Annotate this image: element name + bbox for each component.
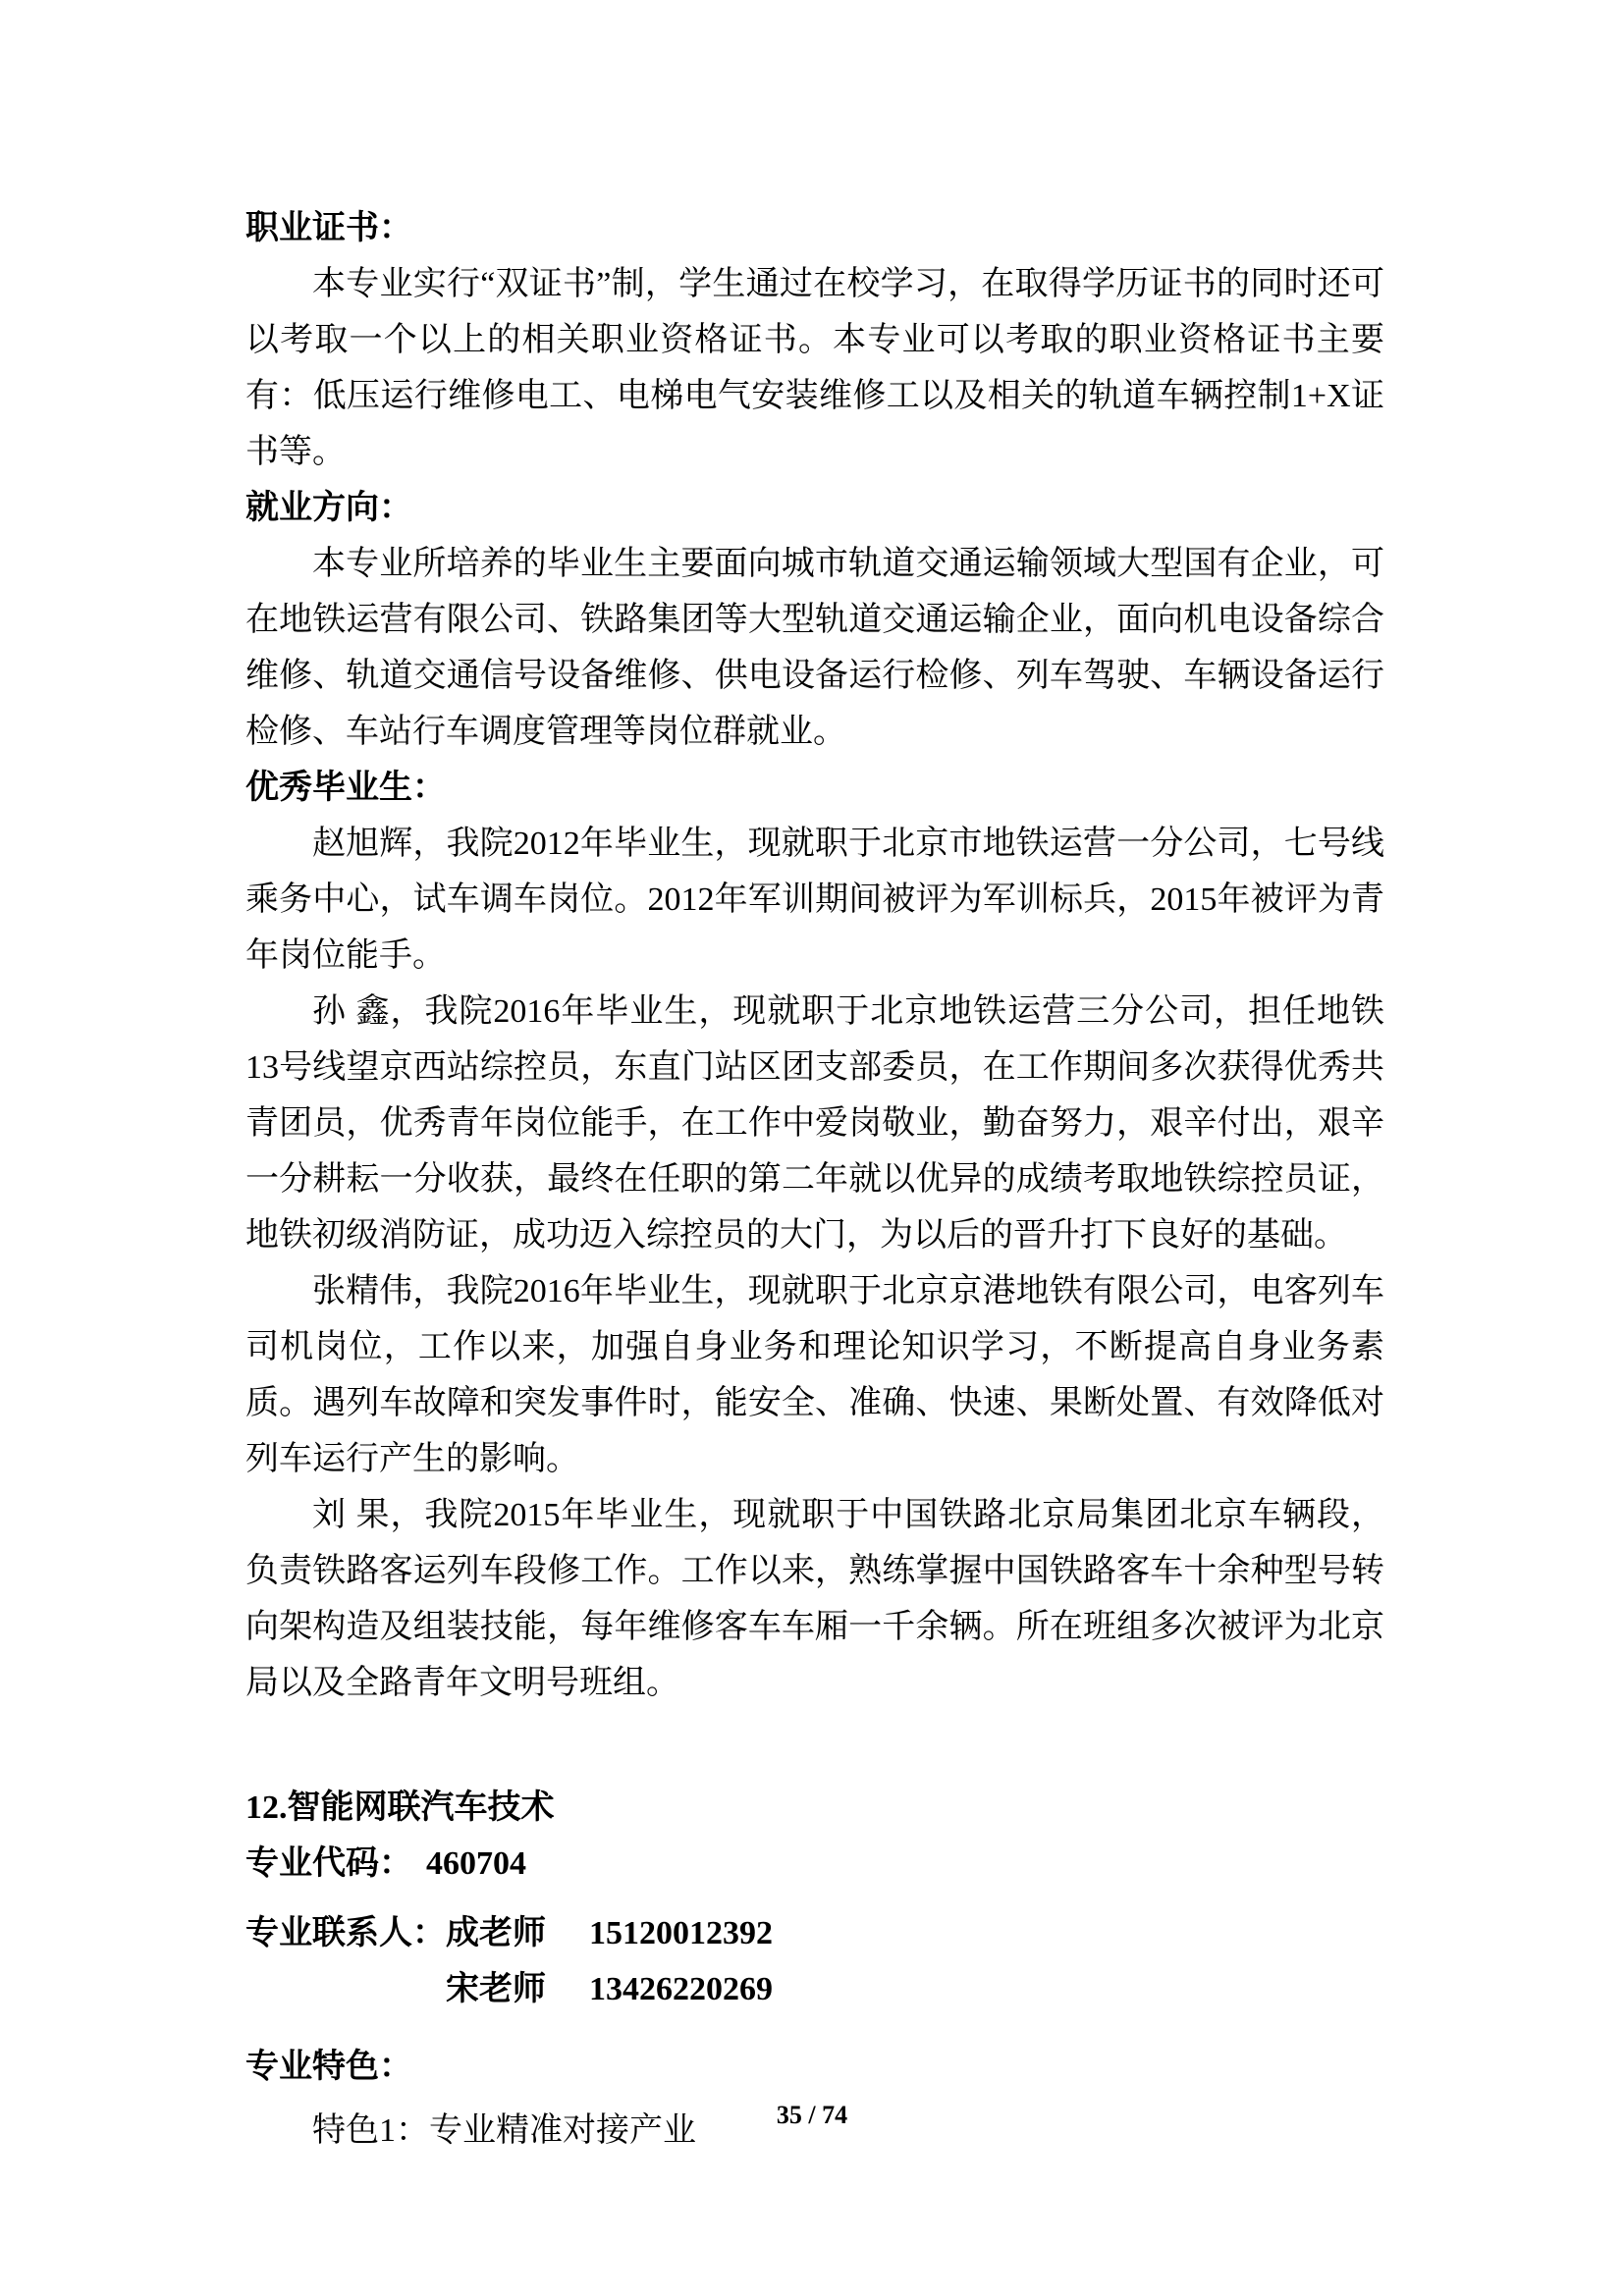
contact-name-2: 宋老师 <box>446 1961 589 2017</box>
major-code-value: 460704 <box>426 1845 526 1882</box>
section-heading-employment: 就业方向： <box>245 480 1384 536</box>
major-code-label: 专业代码： <box>245 1844 412 1882</box>
contact-name-1: 成老师 <box>446 1905 589 1961</box>
contact-line-2: 宋老师13426220269 <box>245 1961 1384 2017</box>
paragraph-graduate-zhaoxuhui: 赵旭辉，我院2012年毕业生，现就职于北京市地铁运营一分公司，七号线乘务中心，试… <box>245 816 1384 984</box>
major-code-line: 专业代码：460704 <box>245 1836 1384 1892</box>
section-heading-graduates: 优秀毕业生： <box>245 760 1384 816</box>
major-section-title: 12.智能网联汽车技术 <box>245 1780 1384 1836</box>
contact-phone-1: 15120012392 <box>589 1915 773 1951</box>
paragraph-employment: 本专业所培养的毕业生主要面向城市轨道交通运输领域大型国有企业，可在地铁运营有限公… <box>245 536 1384 760</box>
page-number: 35 / 74 <box>0 2101 1624 2130</box>
contact-label: 专业联系人： <box>245 1905 446 1961</box>
paragraph-graduate-liuguo: 刘 果，我院2015年毕业生，现就职于中国铁路北京局集团北京车辆段，负责铁路客运… <box>245 1487 1384 1711</box>
paragraph-graduate-zhangjingwei: 张精伟，我院2016年毕业生，现就职于北京京港地铁有限公司，电客列车司机岗位，工… <box>245 1263 1384 1487</box>
document-page: 职业证书： 本专业实行“双证书”制，学生通过在校学习，在取得学历证书的同时还可以… <box>0 0 1624 2296</box>
contact-line-1: 专业联系人：成老师15120012392 <box>245 1905 1384 1961</box>
section-heading-career-certificate: 职业证书： <box>245 200 1384 256</box>
paragraph-graduate-sunxin: 孙 鑫，我院2016年毕业生，现就职于北京地铁运营三分公司，担任地铁13号线望京… <box>245 984 1384 1263</box>
section-heading-features: 专业特色： <box>245 2039 1384 2095</box>
paragraph-career-certificate: 本专业实行“双证书”制，学生通过在校学习，在取得学历证书的同时还可以考取一个以上… <box>245 256 1384 480</box>
contact-phone-2: 13426220269 <box>589 1971 773 2007</box>
